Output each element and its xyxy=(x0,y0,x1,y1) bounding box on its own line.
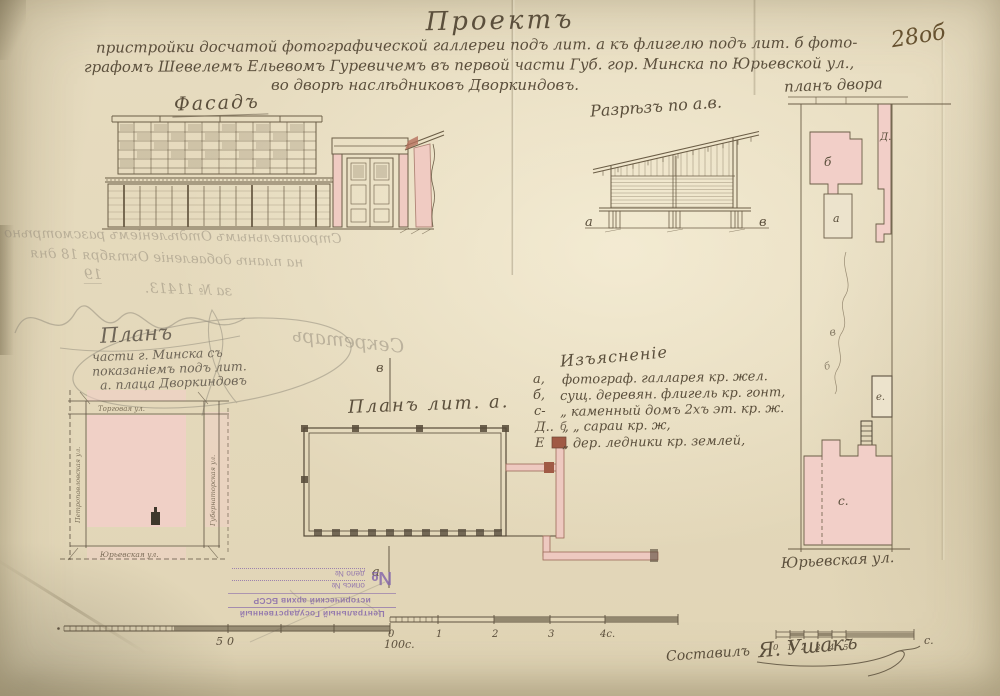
scale-b-label-4: 4с. xyxy=(599,629,615,640)
courtyard-letter-b: б xyxy=(824,155,832,169)
legend-item-text: „ дер. ледники кр. землей, xyxy=(562,433,745,451)
city-plan-drawing: Торговая ул. Петропавловская ул. Губерна… xyxy=(58,388,233,563)
legend-item-letter: Д.. xyxy=(535,420,554,435)
scale-b-label-3: 3 xyxy=(548,629,554,640)
scale-b-label-2: 2 xyxy=(491,629,498,640)
legend-item-letter: с- xyxy=(534,404,546,419)
legend-item-text: „ „ сараи кр. ж, xyxy=(562,418,671,435)
section-line-markers: в а xyxy=(368,350,408,595)
city-plan-street-left: Петропавловская ул. xyxy=(74,447,82,524)
courtyard-scribble-1: в xyxy=(828,325,837,339)
scanned-drawing-sheet: Проектъ пристройки досчатой фотографичес… xyxy=(0,0,1000,696)
section-point-a: а xyxy=(585,215,593,230)
city-plan-street-right: Губернаторская ул. xyxy=(209,455,217,527)
facade-drawing xyxy=(100,108,445,236)
courtyard-letter-e: е. xyxy=(876,392,885,403)
courtyard-letter-d: Д. xyxy=(879,132,891,143)
legend-item-letter: Е xyxy=(535,436,545,451)
subtitle-line-3: во дворѣ наслѣдниковъ Дворкиндовъ. xyxy=(255,76,595,94)
section-drawing: а в xyxy=(583,116,773,244)
scale-bar-city-plan: 50 100с. xyxy=(56,614,436,654)
legend-item-letter: б, xyxy=(533,388,545,403)
city-plan-street-top: Торговая ул. xyxy=(98,405,145,413)
section-line-top-letter: в xyxy=(376,361,384,376)
scale-bar-floor-plan: 0 1 2 3 4с. xyxy=(386,600,696,644)
scale-b-label-1: 1 xyxy=(436,629,442,640)
section-point-b: в xyxy=(759,215,767,230)
legend-item-letter: а, xyxy=(533,372,545,387)
courtyard-letter-c: с. xyxy=(838,494,849,508)
signature-tail: с. xyxy=(924,634,934,647)
courtyard-plan-drawing: б Д. а е. с. в б xyxy=(788,84,953,579)
city-plan-street-bottom: Юрьевская ул. xyxy=(99,550,159,559)
sheet-title: Проектъ xyxy=(365,4,635,39)
scale-a-mid-label: 50 xyxy=(216,635,238,648)
scale-b-label-0: 0 xyxy=(388,629,395,640)
courtyard-scribble-2: б xyxy=(823,360,833,372)
courtyard-letter-a: а xyxy=(833,212,840,225)
plan-note-title: Планъ xyxy=(99,320,172,348)
